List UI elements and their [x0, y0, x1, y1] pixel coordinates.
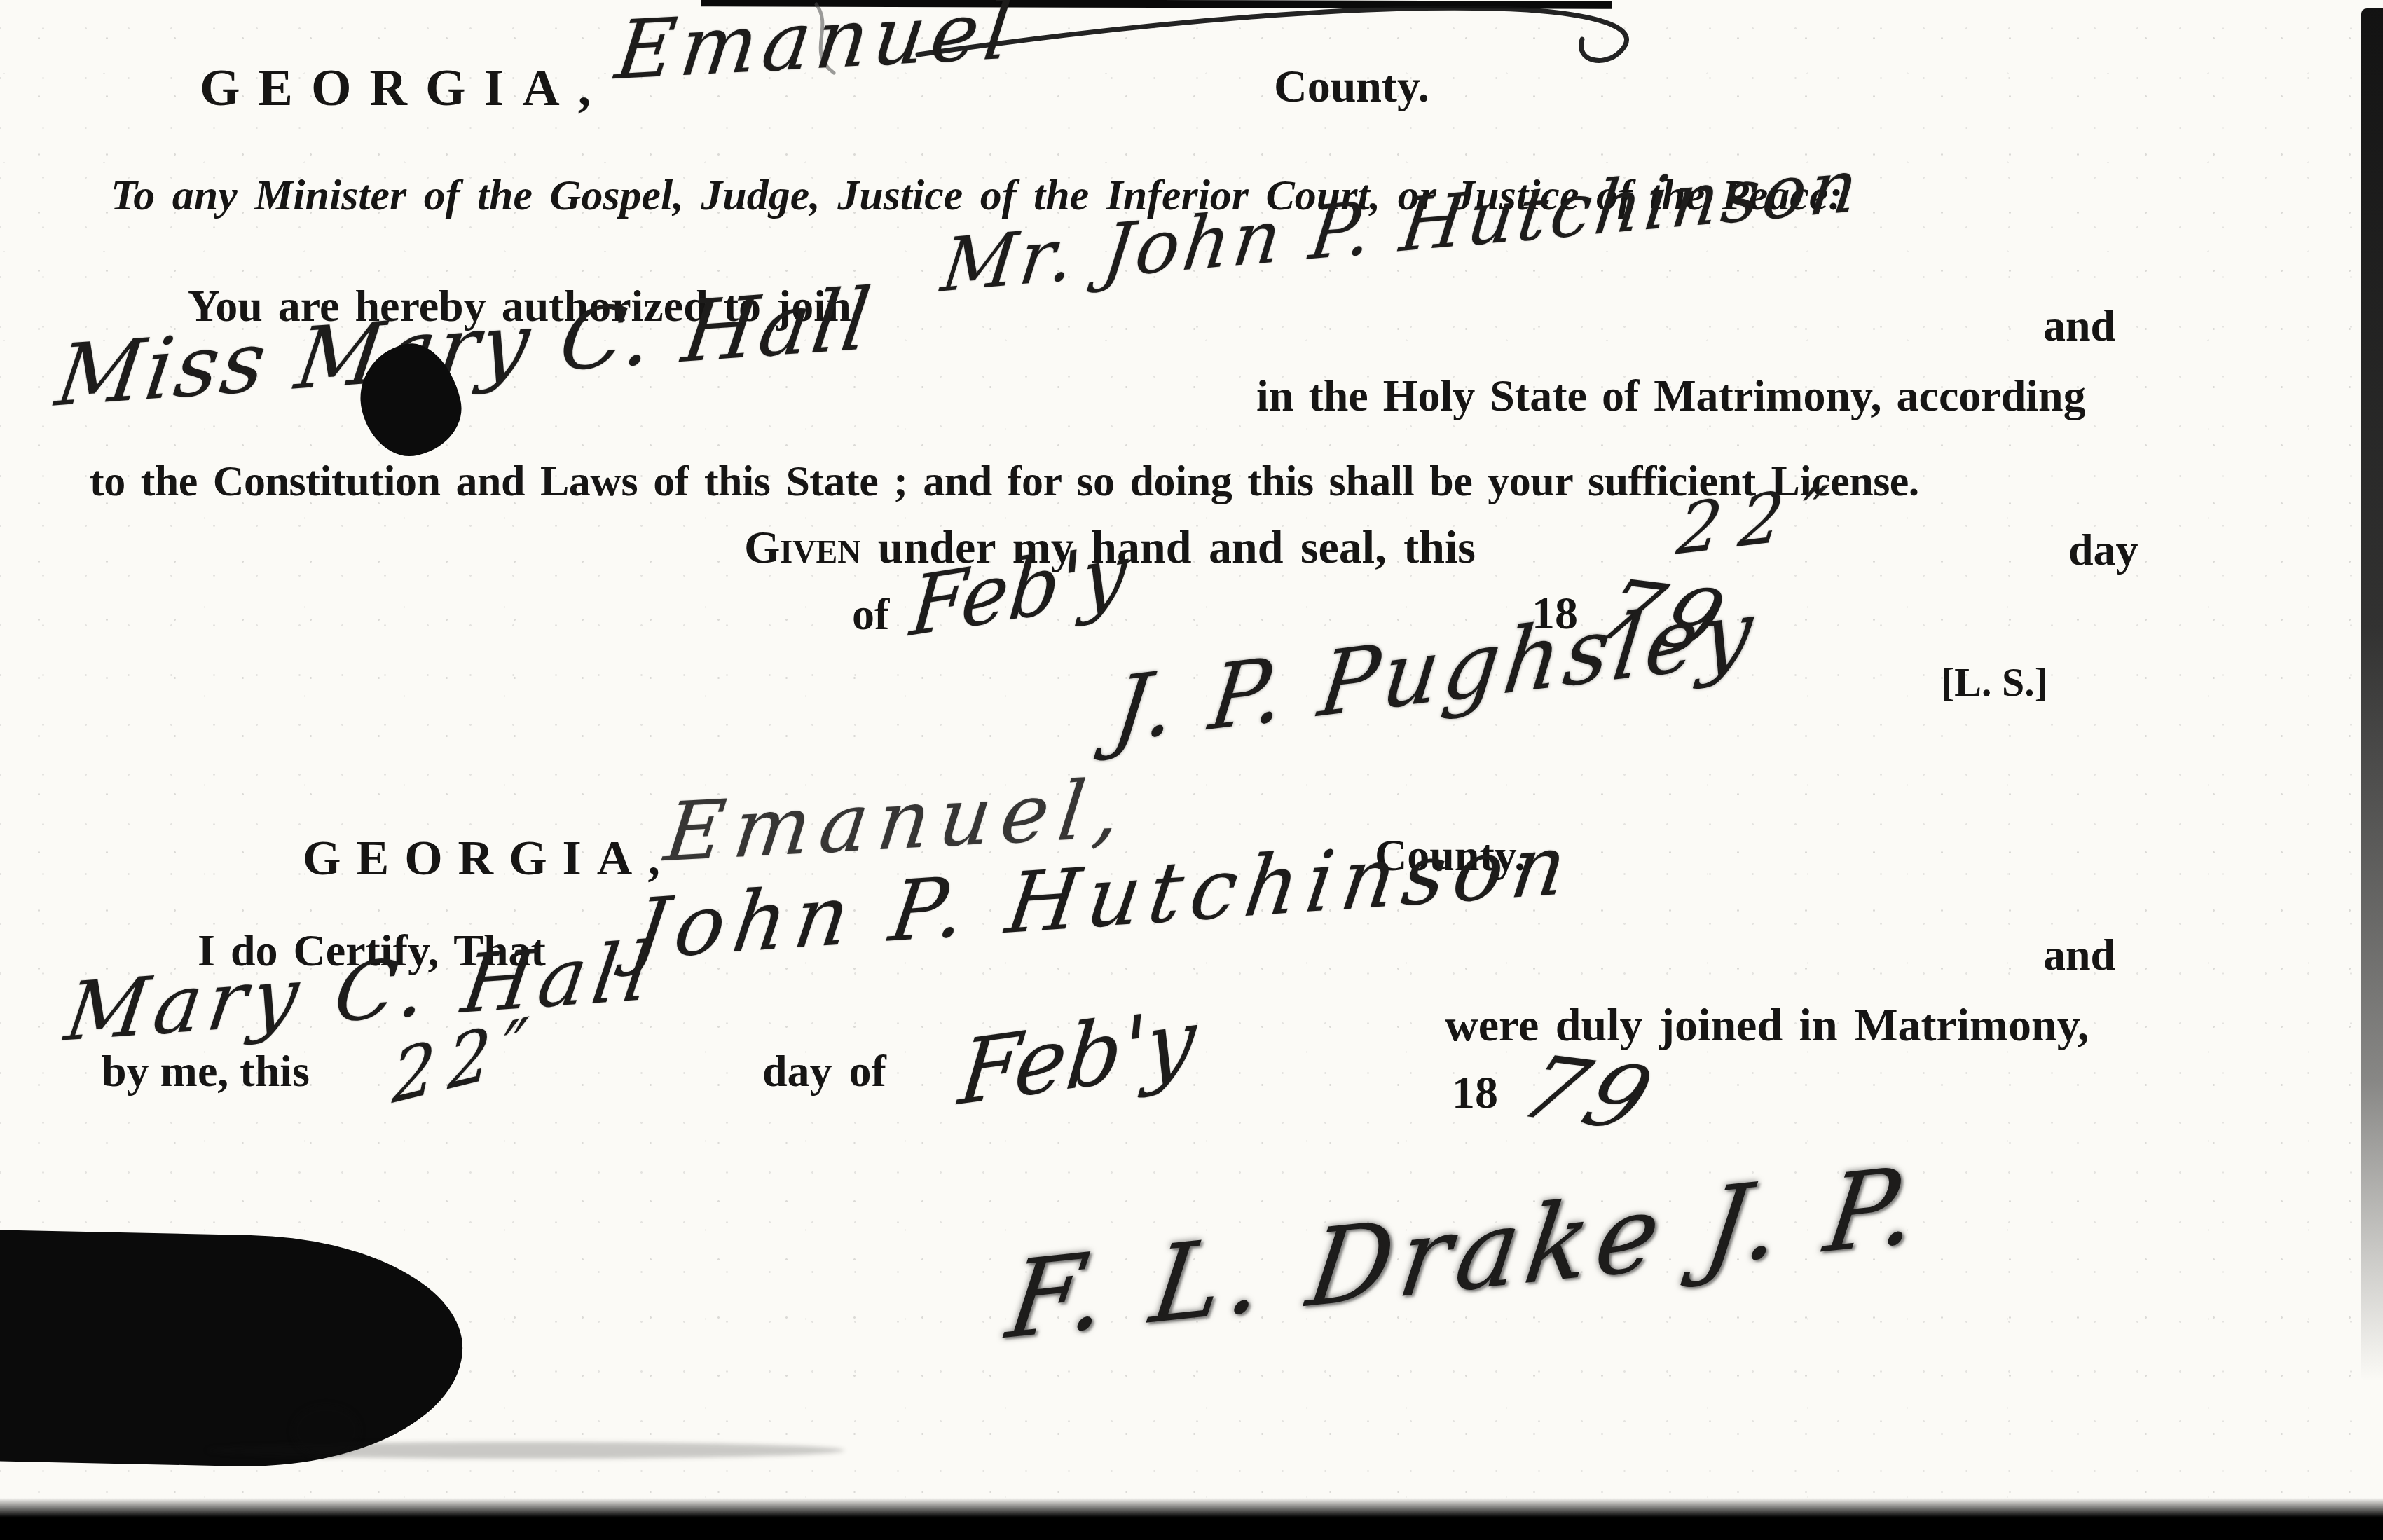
- year-prefix-2: 18: [1452, 1066, 1498, 1120]
- officiant-signature-2: F. L. Drake J. P.: [1001, 1143, 1932, 1363]
- day-label-1: day: [2068, 524, 2138, 576]
- and-label-1: and: [2043, 300, 2115, 352]
- given-word: Given: [744, 522, 860, 573]
- scan-artifact-right-band: [2361, 8, 2383, 1382]
- marriage-license-document: GEORGIA, Emanuel County. To any Minister…: [0, 0, 2383, 1540]
- by-me-text: by me, this: [102, 1045, 310, 1097]
- year-handwritten-2: 79: [1507, 1038, 1673, 1150]
- and-label-2: and: [2043, 929, 2115, 981]
- scan-artifact-bottom-bar: [0, 1498, 2383, 1540]
- seal-label: [L. S.]: [1941, 659, 2048, 706]
- state-label-1: GEORGIA,: [200, 59, 609, 118]
- groom-name-handwritten-1: Mr. John P. Hutchinson: [937, 142, 1865, 308]
- matrimony-text: in the Holy State of Matrimony, accordin…: [1256, 370, 2086, 422]
- state-label-2: GEORGIA,: [303, 831, 675, 887]
- constitution-text: to the Constitution and Laws of this Sta…: [90, 457, 1919, 507]
- scan-artifact-smudge-peak: [293, 1405, 359, 1456]
- scan-artifact-blob: [0, 1230, 465, 1471]
- officiant-signature-1: J. P. Pughsley: [1108, 579, 1762, 763]
- month-handwritten-2: Feb'y: [954, 989, 1200, 1126]
- of-label-1: of: [852, 589, 889, 640]
- day-of-label-2: day of: [762, 1045, 886, 1097]
- joined-text: were duly joined in Matrimony,: [1445, 999, 2089, 1052]
- county-label-1: County.: [1274, 60, 1429, 114]
